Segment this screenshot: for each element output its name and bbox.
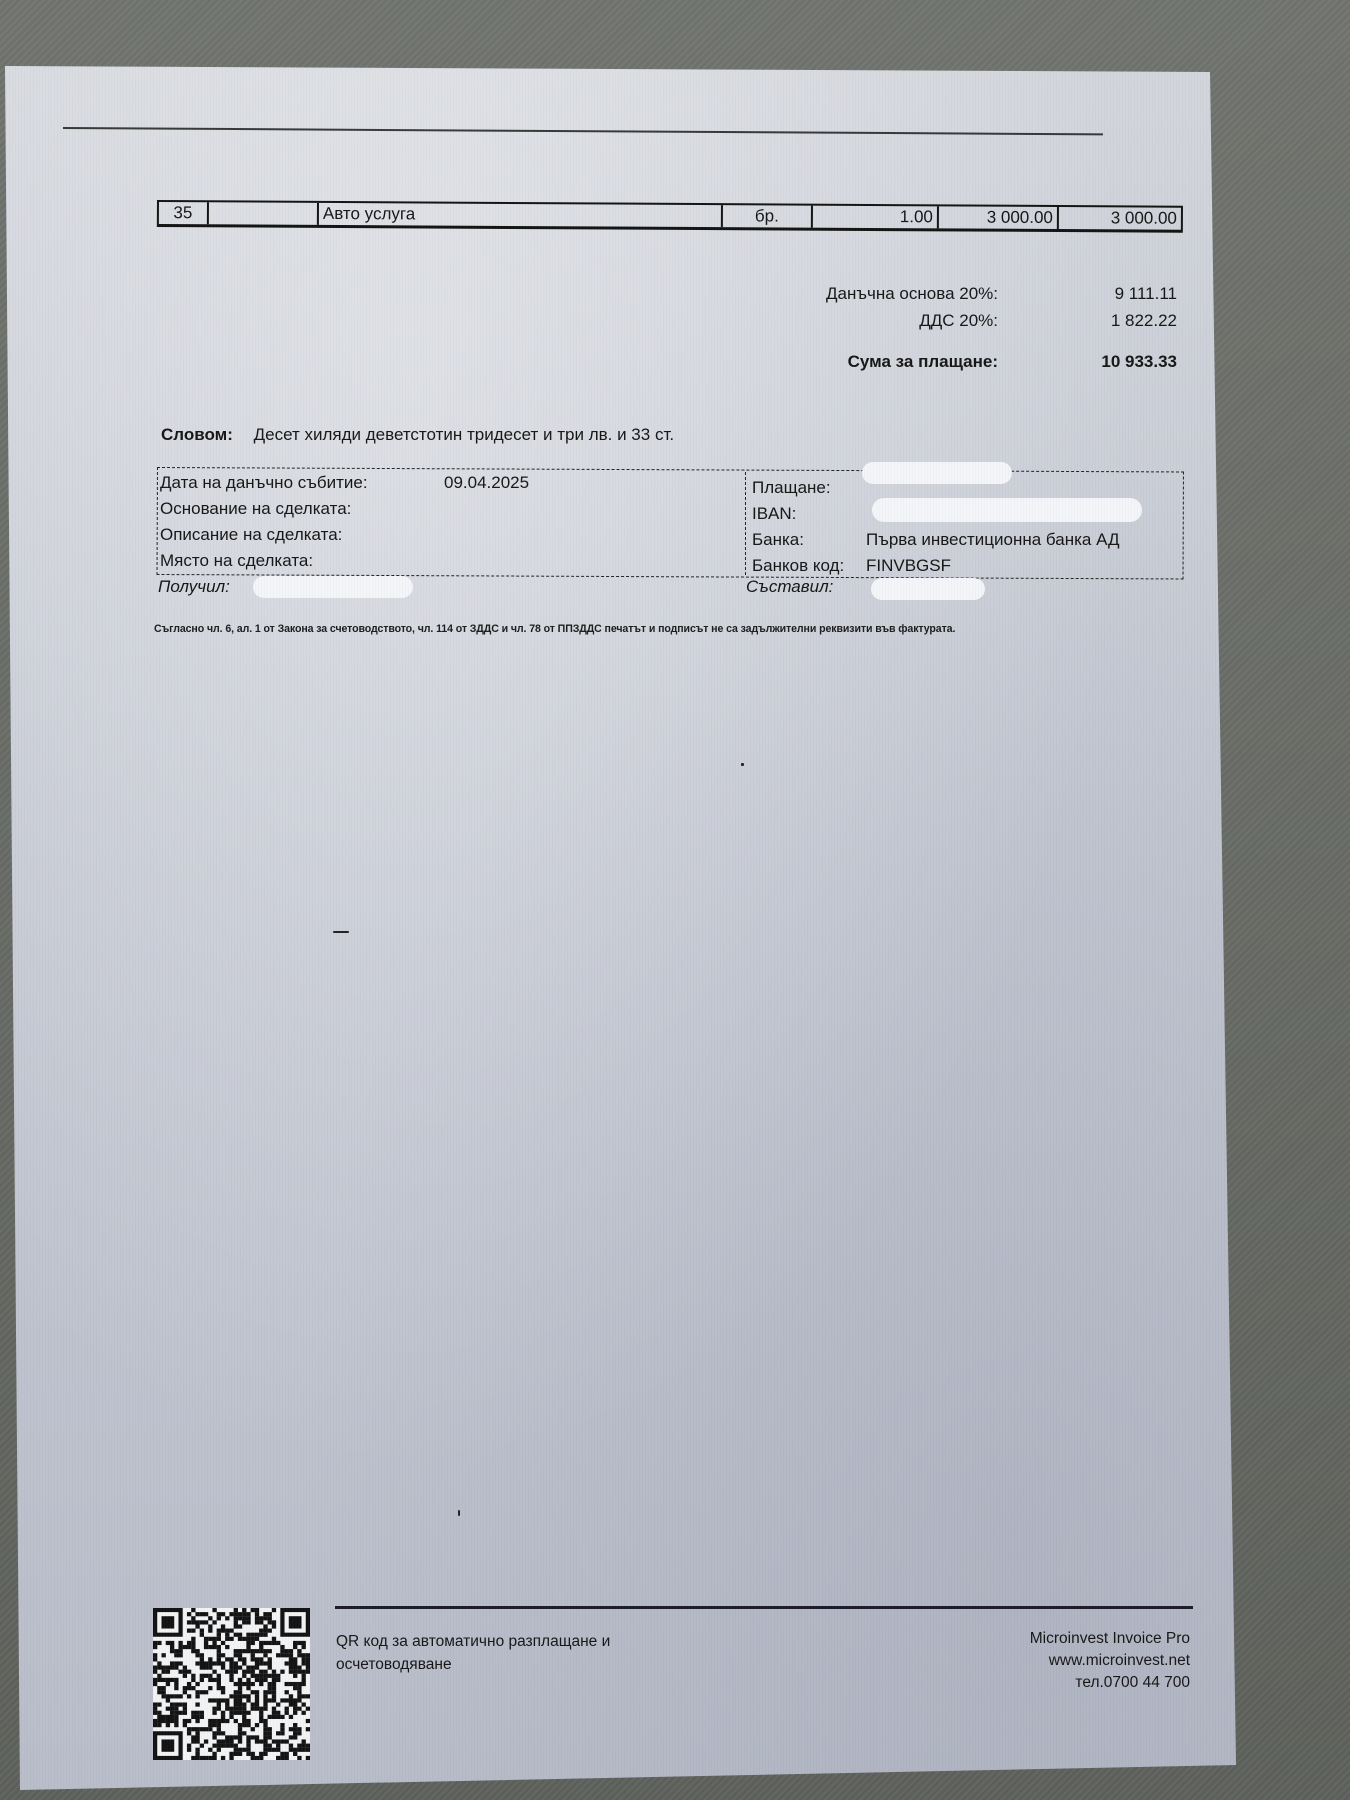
software-phone: тел.0700 44 700 — [1030, 1672, 1190, 1694]
bank-code-label: Банков код: — [752, 556, 844, 575]
software-credit: Microinvest Invoice Pro www.microinvest.… — [1030, 1628, 1190, 1694]
legal-note: Съгласно чл. 6, ал. 1 от Закона за счето… — [154, 623, 955, 635]
item-unit: бр. — [723, 205, 813, 228]
qr-caption-line-1: QR код за автоматично разплащане и — [336, 1630, 610, 1653]
tax-event-date-label: Дата на данъчно събитие: — [160, 473, 368, 492]
invoice-paper-sheet: 35 Авто услуга бр. 1.00 3 000.00 3 000.0… — [0, 0, 1350, 1800]
software-website[interactable]: www.microinvest.net — [1030, 1650, 1190, 1672]
print-speck — [333, 931, 349, 933]
received-by: Получил: — [158, 577, 230, 597]
item-number: 35 — [159, 202, 209, 224]
tax-event-date-row: Дата на данъчно събитие: 09.04.2025 — [160, 470, 368, 496]
amount-in-words-label: Словом: — [161, 425, 233, 444]
qr-caption-line-2: осчетоводяване — [336, 1653, 610, 1676]
composed-by: Съставил: — [746, 577, 833, 597]
deal-place-row: Място на сделката: — [160, 548, 368, 574]
deal-place-label: Място на сделката: — [160, 551, 313, 570]
bank-row: Банка: Първа инвестиционна банка АД — [752, 527, 844, 553]
payment-method-label: Плащане: — [752, 478, 831, 497]
redacted-payment-method — [862, 462, 1012, 484]
deal-basis-row: Основание на сделката: — [160, 496, 368, 522]
vat-value: 1 822.22 — [1111, 311, 1177, 331]
grand-total-row: Сума за плащане: 10 933.33 — [760, 352, 1180, 379]
totals-block: Данъчна основа 20%: 9 111.11 ДДС 20%: 1 … — [760, 284, 1180, 379]
software-name: Microinvest Invoice Pro — [1030, 1628, 1190, 1650]
item-code — [209, 202, 319, 225]
item-name: Авто услуга — [319, 203, 723, 227]
item-unit-price: 3 000.00 — [939, 206, 1059, 229]
item-total: 3 000.00 — [1059, 207, 1181, 230]
iban-row: IBAN: — [752, 501, 844, 527]
grand-total-value: 10 933.33 — [1101, 352, 1177, 372]
vat-row: ДДС 20%: 1 822.22 — [760, 311, 1180, 338]
payment-details: Плащане: IBAN: Банка: Първа инвестиционн… — [752, 475, 844, 579]
received-by-label: Получил: — [158, 577, 230, 596]
header-divider-line — [63, 127, 1103, 135]
footer-divider-line — [335, 1606, 1193, 1609]
bank-code-row: Банков код: FINVBGSF — [752, 553, 844, 579]
bank-value: Първа инвестиционна банка АД — [866, 527, 1120, 553]
iban-label: IBAN: — [752, 504, 796, 523]
deal-basis-label: Основание на сделката: — [160, 499, 351, 518]
amount-in-words-text: Десет хиляди деветстотин тридесет и три … — [254, 425, 674, 444]
tax-base-value: 9 111.11 — [1115, 284, 1177, 304]
bank-code-value: FINVBGSF — [866, 553, 951, 579]
print-speck — [458, 1510, 460, 1516]
transaction-info-box — [157, 467, 1184, 579]
payment-method-row: Плащане: — [752, 475, 844, 501]
grand-total-label: Сума за плащане: — [848, 352, 998, 372]
print-speck — [741, 763, 744, 766]
bank-label: Банка: — [752, 530, 804, 549]
transaction-details: Дата на данъчно събитие: 09.04.2025 Осно… — [160, 470, 368, 574]
tax-event-date-value: 09.04.2025 — [444, 470, 529, 496]
composed-by-label: Съставил: — [746, 577, 833, 596]
vat-label: ДДС 20%: — [919, 311, 998, 331]
amount-in-words: Словом: Десет хиляди деветстотин тридесе… — [161, 425, 674, 445]
qr-caption: QR код за автоматично разплащане и осчет… — [336, 1630, 610, 1676]
qr-code-icon — [153, 1608, 310, 1760]
info-box-divider — [745, 472, 746, 575]
redacted-received-by — [253, 576, 413, 598]
redacted-iban — [872, 498, 1142, 522]
redacted-composed-by — [871, 578, 985, 600]
invoice-item-row: 35 Авто услуга бр. 1.00 3 000.00 3 000.0… — [157, 200, 1183, 233]
item-quantity: 1.00 — [813, 206, 939, 229]
deal-description-label: Описание на сделката: — [160, 525, 342, 544]
deal-description-row: Описание на сделката: — [160, 522, 368, 548]
tax-base-label: Данъчна основа 20%: — [826, 284, 998, 304]
tax-base-row: Данъчна основа 20%: 9 111.11 — [760, 284, 1180, 311]
